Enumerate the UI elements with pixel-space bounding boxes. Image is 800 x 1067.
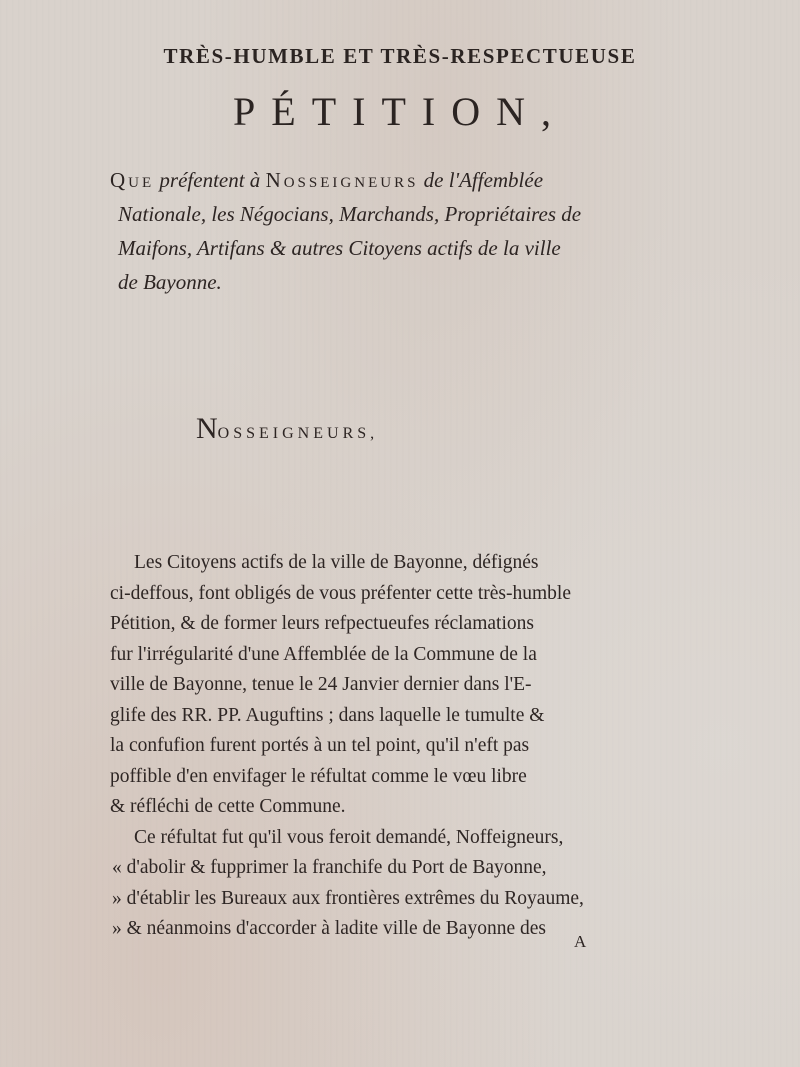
intro-que: Que (110, 168, 154, 192)
body-line: Les Citoyens actifs de la ville de Bayon… (110, 548, 700, 579)
body-line: ci-deffous, font obligés de vous préfent… (110, 579, 700, 610)
intro-nosseigneurs: Nosseigneurs (266, 168, 419, 192)
body-paragraphs: Les Citoyens actifs de la ville de Bayon… (110, 548, 700, 945)
body-line: ville de Bayonne, tenue le 24 Janvier de… (110, 670, 700, 701)
intro-text-b: de l'Affemblée (418, 168, 543, 192)
body-line-quote: « d'abolir & fupprimer la franchife du P… (110, 853, 700, 884)
body-line: Ce réfultat fut qu'il vous feroit demand… (110, 823, 700, 854)
salutation-initial: N (196, 412, 218, 445)
body-line-quote: » & néanmoins d'accorder à ladite ville … (110, 914, 700, 945)
salutation: NOSSEIGNEURS, (196, 412, 378, 446)
body-line: glife des RR. PP. Auguftins ; dans laque… (110, 701, 700, 732)
intro-line-2: Nationale, les Négocians, Marchands, Pro… (110, 197, 700, 231)
intro-paragraph: Que préfentent à Nosseigneurs de l'Affem… (110, 163, 700, 299)
signature-mark: A (574, 932, 586, 952)
scanned-page: TRÈS-HUMBLE ET TRÈS-RESPECTUEUSE PÉTITIO… (0, 0, 800, 1067)
intro-line-1: Que préfentent à Nosseigneurs de l'Affem… (110, 163, 700, 197)
body-line: fur l'irrégularité d'une Affemblée de la… (110, 640, 700, 671)
intro-line-4: de Bayonne. (110, 265, 700, 299)
body-line: la confufion furent portés à un tel poin… (110, 731, 700, 762)
body-line: Pétition, & de former leurs refpectueufe… (110, 609, 700, 640)
body-line: poffible d'en envifager le réfultat comm… (110, 762, 700, 793)
body-line: & réfléchi de cette Commune. (110, 792, 700, 823)
intro-text-a: préfentent à (154, 168, 265, 192)
page-title: PÉTITION, (140, 88, 660, 135)
header-line: TRÈS-HUMBLE ET TRÈS-RESPECTUEUSE (105, 44, 695, 69)
salutation-rest: OSSEIGNEURS, (218, 425, 378, 442)
body-line-quote: » d'établir les Bureaux aux frontières e… (110, 884, 700, 915)
intro-line-3: Maifons, Artifans & autres Citoyens acti… (110, 231, 700, 265)
